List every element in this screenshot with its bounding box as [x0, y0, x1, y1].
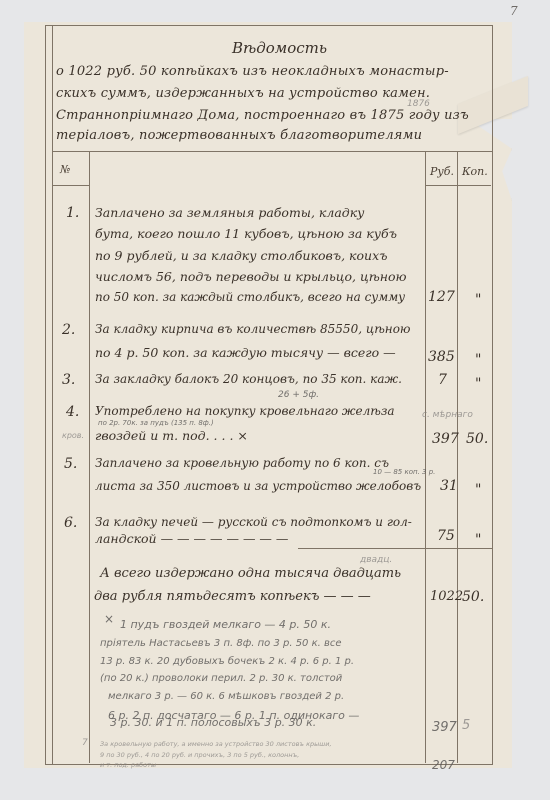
rubles-value: 75	[437, 528, 455, 544]
pencil-note: по 2р. 70к. за пудъ (135 п. 8ф.)	[98, 419, 214, 427]
pencil-note-line: пріятель Настасьевъ 3 п. 8ф. по 3 р. 50 …	[100, 638, 342, 649]
header-divider	[52, 185, 89, 186]
row-text: Заплачено за земляныя работы, кладку	[95, 205, 364, 220]
heading-line: Страннопріимнаго Дома, построеннаго въ 1…	[56, 108, 469, 123]
pencil-note: кров.	[62, 431, 84, 440]
row-text: За кладку печей — русской съ подтопкомъ …	[95, 515, 412, 529]
row-text: Заплачено за кровельную работу по 6 коп.…	[95, 456, 389, 470]
row-number: 1.	[66, 205, 79, 221]
subtotal-rule	[298, 548, 492, 549]
pencil-rubles: 397	[432, 720, 457, 735]
left-margin-rule	[52, 25, 53, 765]
pencil-kopecks: 5	[462, 718, 470, 733]
rubles-value: 127	[428, 289, 455, 305]
kopecks-column-rule	[457, 151, 458, 763]
table-top-rule	[52, 151, 492, 152]
kopecks-value: "	[475, 482, 481, 498]
column-header-kopecks: Коп.	[462, 165, 488, 178]
row-number: 6.	[64, 515, 77, 531]
column-header-number: №	[60, 163, 70, 176]
pencil-note-line: 9 по 30 руб., 4 по 20 руб. и прочихъ, 3 …	[100, 751, 299, 759]
heading-line: скихъ суммъ, издержанныхъ на устройство …	[56, 86, 430, 101]
number-column-rule	[89, 151, 90, 763]
kopecks-value: "	[475, 376, 481, 392]
rubles-value: 7	[438, 372, 447, 388]
rubles-value: 397	[432, 431, 459, 447]
row-number: 4.	[66, 404, 79, 420]
pencil-rubles: 207	[432, 758, 455, 772]
pencil-note-line: (по 20 к.) проволоки перил. 2 р. 30 к. т…	[100, 673, 342, 684]
pencil-note: с. мѣрнаго	[422, 410, 473, 420]
row-text: листа за 350 листовъ и за устройство жел…	[95, 479, 421, 493]
row-text: Употреблено на покупку кровельнаго желѣз…	[95, 404, 395, 418]
kopecks-value: "	[475, 532, 481, 548]
pencil-note-line: 3 р. 30. и 1 п. полосовыхъ 3 р. 30 к.	[110, 716, 316, 729]
pencil-note-line: 1 пудъ гвоздей мелкаго — 4 р. 50 к.	[120, 618, 331, 631]
kopecks-value: 50.	[466, 431, 488, 447]
row-text: гвоздей и т. под. . . . ×	[95, 428, 248, 443]
header-divider-amounts	[425, 185, 491, 186]
column-header-rubles: Руб.	[430, 165, 454, 178]
pencil-marker-icon: ×	[104, 612, 114, 626]
rubles-column-rule	[425, 151, 426, 763]
pencil-note: 26 + 5ф.	[278, 390, 319, 400]
row-text: по 9 рублей, и за кладку столбиковъ, кои…	[95, 248, 387, 263]
total-rubles: 1022	[430, 589, 463, 604]
row-text: За закладку балокъ 20 концовъ, по 35 коп…	[95, 372, 402, 386]
kopecks-value: "	[475, 292, 481, 308]
pencil-note-line: 13 р. 83 к. 20 дубовыхъ бочекъ 2 к. 4 р.…	[100, 656, 354, 667]
row-text: За кладку кирпича въ количествѣ 85550, ц…	[95, 322, 411, 336]
kopecks-value: "	[475, 352, 481, 368]
total-text: два рубля пятьдесятъ копѣекъ — — —	[94, 589, 371, 604]
total-text: А всего издержано одна тысяча двадцать	[100, 566, 401, 581]
row-text: ландской — — — — — — — —	[95, 531, 288, 546]
row-text: числомъ 56, подъ переводы и крыльцо, цѣн…	[95, 269, 407, 284]
rubles-value: 31	[440, 478, 458, 494]
heading-line: теріаловъ, пожертвованныхъ благотворител…	[56, 128, 422, 143]
row-number: 2.	[62, 322, 75, 338]
row-text: по 50 коп. за каждый столбикъ, всего на …	[95, 290, 405, 304]
row-number: 7	[82, 738, 88, 748]
pencil-note: 1876	[407, 99, 430, 109]
pencil-note: 10 — 85 коп. 3 р.	[373, 468, 435, 476]
pencil-note-line: За кровельную работу, а именно за устрой…	[100, 740, 332, 748]
rubles-value: 385	[428, 349, 455, 365]
pencil-note-line: и т. под. работы	[100, 761, 156, 769]
row-text: бута, коего пошло 11 кубовъ, цѣною за ку…	[95, 226, 397, 241]
row-number: 5.	[64, 456, 77, 472]
row-number: 3.	[62, 372, 75, 388]
page-number: 7	[510, 4, 518, 18]
heading-line: о 1022 руб. 50 копѣйкахъ изъ неокладныхъ…	[56, 64, 449, 79]
pencil-note-line: мелкаго 3 р. — 60 к. 6 мѣшковъ гвоздей 2…	[108, 691, 344, 702]
pencil-note: двадц.	[360, 555, 392, 565]
row-text: по 4 р. 50 коп. за каждую тысячу — всего…	[95, 345, 396, 360]
page-title: Вѣдомость	[232, 39, 327, 57]
total-kopecks: 50.	[462, 589, 484, 605]
